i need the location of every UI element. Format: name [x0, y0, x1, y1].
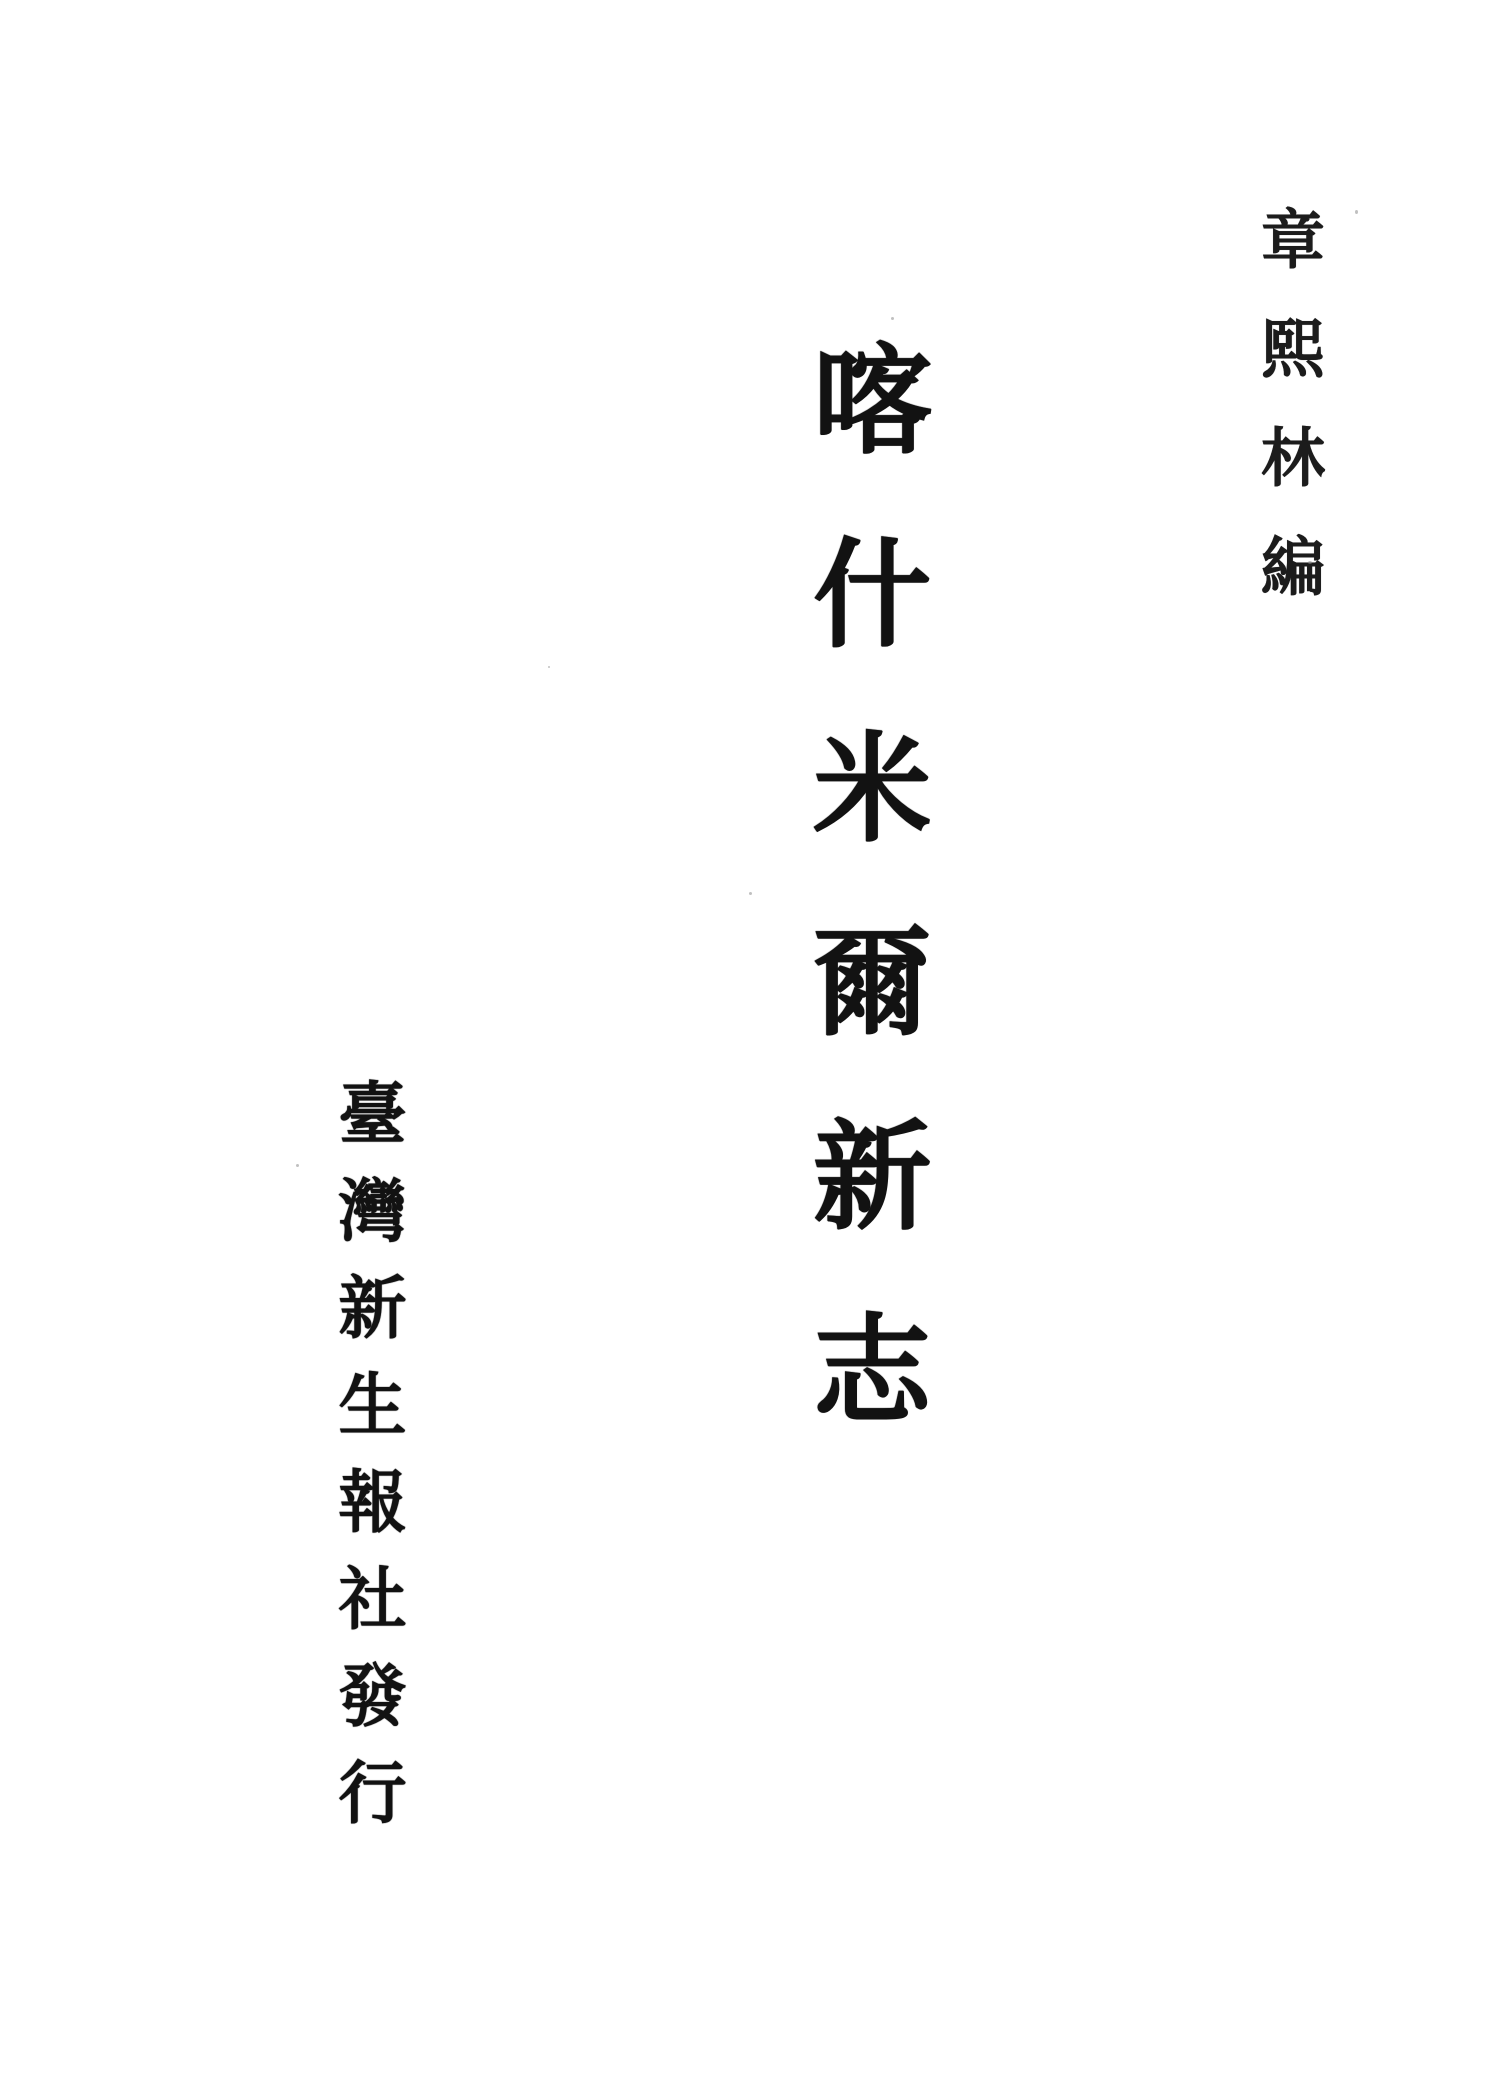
editor-credit: 章熙林編	[1241, 206, 1333, 642]
publisher-imprint: 臺灣新生報社發行	[319, 1078, 416, 1854]
scan-speck	[296, 1164, 299, 1167]
scan-speck	[891, 317, 894, 320]
scan-speck	[749, 892, 752, 895]
book-title: 喀什米爾新志	[777, 338, 947, 1502]
scan-speck	[1355, 210, 1358, 214]
book-title-page: 喀什米爾新志 章熙林編 臺灣新生報社發行	[0, 0, 1500, 2100]
scan-speck	[548, 666, 550, 668]
scan-speck	[1308, 561, 1312, 564]
